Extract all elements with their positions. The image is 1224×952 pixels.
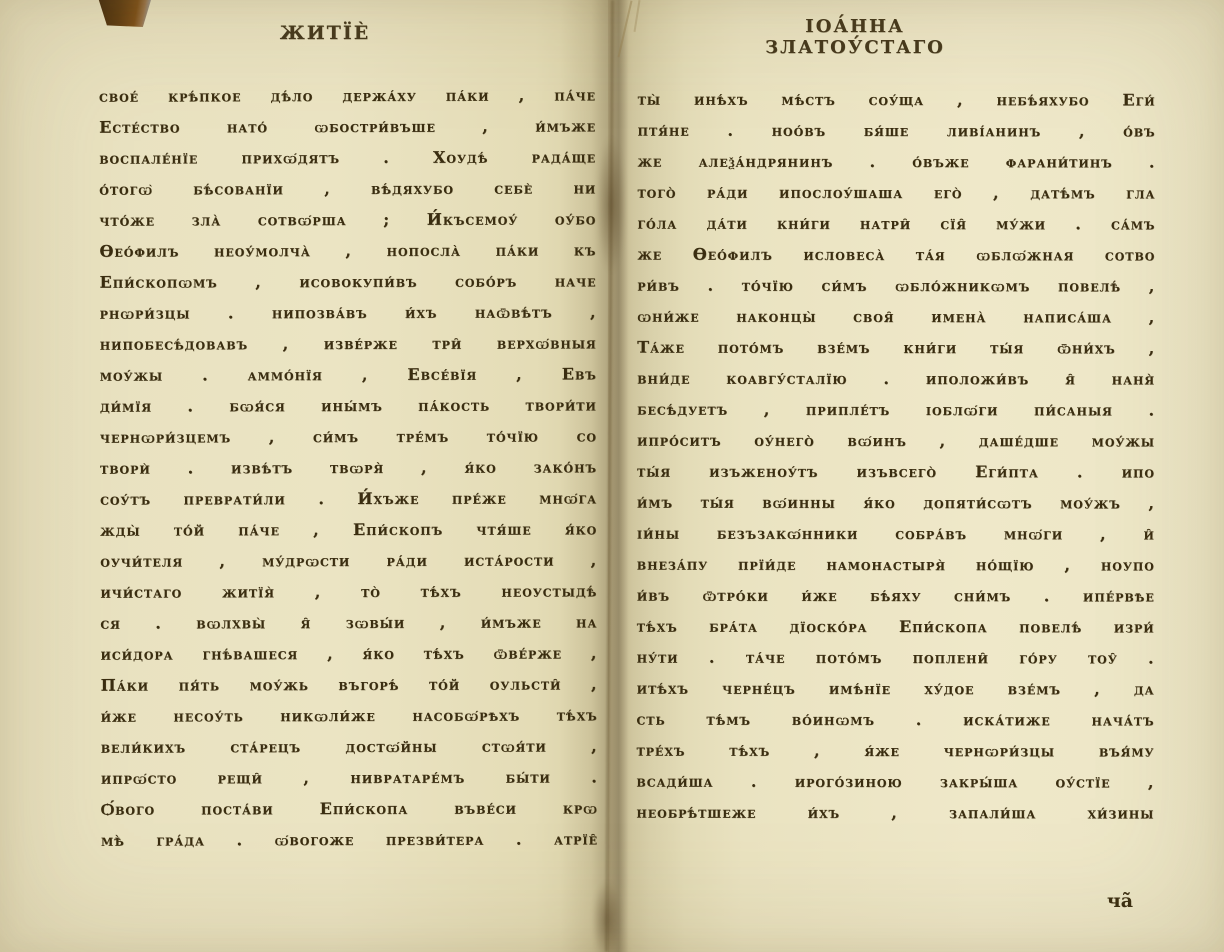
text-line: ся . вѡлхвы̀ я̑ зѡвы́и , и́мъже на [100, 606, 597, 638]
text-line: и́же несоу́ть никѡли́же насобѡ́рѣхъ тѣ́х… [101, 699, 598, 731]
text-line: тѣ́хъ бра́та дїоско́ра Епи́скопа повелѣ́… [637, 611, 1155, 643]
text-line: всади́ша . ирого́зиною закры́ша оу́стїе … [636, 766, 1154, 798]
text-line: вели́кихъ ста́рецъ достѡ́йны стѡя́ти , [101, 730, 598, 762]
text-line: соу́тъ преврати́ли . И́хъже пре́же мнѡ́г… [100, 482, 597, 514]
text-line: жды̀ то́й па́че , Епи́скопъ чтя́ше я́ко [100, 513, 597, 545]
text-line: ты̀ инѣ́хъ мѣ́стъ соу́ща , небѣ́яхубо Ег… [638, 84, 1156, 116]
text-line: же алеѯа́ндрянинъ . о́въже фарани́тинъ . [637, 146, 1155, 178]
left-page-text-block: свое́ крѣ́пкое дѣ́ло держа́ху па́ки , па… [99, 79, 598, 855]
right-page-header: ІОА́ННА ЗЛАТОУ́СТАГО [740, 16, 970, 58]
text-line: ичи́стаго житїя̀ , то̀ тѣ́хъ неоустыдѣ́ [100, 575, 597, 607]
left-page-header: ЖИТЇЀ [225, 22, 425, 44]
text-line: Епи́скопѡмъ , исовокупи́въ собо́ръ наче [99, 265, 596, 297]
text-line: необрѣ́тшеже и́хъ , запали́ша хи́зины [636, 797, 1154, 829]
folio-number: ча̃ [1085, 890, 1155, 912]
text-line: ну́ти . та́че пото́мъ поплени̑ го́ру тоу… [637, 642, 1155, 674]
book-spread: ЖИТЇЀ ІОА́ННА ЗЛАТОУ́СТАГО свое́ крѣ́пко… [0, 0, 1224, 952]
text-line: о́тогѡ̀ бѣ́сованїи , вѣ́дяхубо себѐ ни [99, 172, 596, 204]
text-line: ди́мїя . бѡя́ся ины́мъ па́кость твори́ти [100, 389, 597, 421]
text-line: тре́хъ тѣ́хъ , я́же чернѡри́зцы въя́му [636, 735, 1154, 767]
text-line: того̀ ра́ди ипослоу́шаша его̀ , датѣ́мъ … [637, 177, 1155, 209]
text-line: воспале́нїе прихѡ́дятъ . Хоудѣ́ рада́ще [99, 141, 596, 173]
text-line: и́въ ѿтро́ки и́же бѣ́яху сни́мъ . ипе́рв… [637, 580, 1155, 612]
text-line: Есте́ство нато́ ѡбостри́въше , и́мъже [99, 110, 596, 142]
text-line: рнѡри́зцы . нипозва́въ и́хъ наѿвѣ́тъ , [100, 296, 597, 328]
text-line: сть тѣ́мъ во́инѡмъ . иска́тиже нача́тъ [637, 704, 1155, 736]
text-line: Та́же пото́мъ взе́мъ кни́ги ты́я ѿни́хъ … [637, 332, 1155, 364]
text-line: ипрѡ́сто рещи̑ , нивратаре́мъ бы́ти . [101, 761, 598, 793]
text-line: птя́не . ноо́въ бя́ше ливі́анинъ , о́въ [638, 115, 1156, 147]
text-line: вни́де коавгу́сталїю . иположи́въ я̑ нан… [637, 363, 1155, 395]
text-line: и́мъ ты́я вѡ́инны я́ко допяти́сѡтъ моу́ж… [637, 487, 1155, 519]
text-line: нипобесѣ́довавъ , изве́рже три̑ верхѡ́вн… [100, 327, 597, 359]
text-line: иси́дора гнѣ́вашеся , я́ко тѣ́хъ ѿве́рже… [100, 637, 597, 669]
text-line: внеза́пу прїи́де намонастыря̀ но́щїю , н… [637, 549, 1155, 581]
text-line: ри́въ . то́чїю си́мъ ѡбло́жникѡмъ повелѣ… [637, 270, 1155, 302]
text-line: бесѣ́дуетъ , припле́тъ іоблѡ́ги пи́саныя… [637, 394, 1155, 426]
text-line: ѡни́же наконцы̀ своя̑ имена̀ написа́ша , [637, 301, 1155, 333]
text-line: творѝ . извѣ́тъ твѡря̀ , я́ко зако́нъ [100, 451, 597, 483]
text-line: ипро́ситъ оу́него̀ вѡ́инъ , даше́дше моу… [637, 425, 1155, 457]
text-line: ты́я изъженоу́тъ изъвсего̀ Еги́пта . ипо [637, 456, 1155, 488]
text-line: чернѡри́зцемъ , си́мъ тре́мъ то́чїю со [100, 420, 597, 452]
text-line: оучи́теля , му́дрѡсти ра́ди иста́рости , [100, 544, 597, 576]
text-line: же Ѳео́филъ исловеса̀ та́я ѡблѡ́жная сот… [637, 239, 1155, 271]
text-line: іи́ны безъзакѡ́нники собра́въ мнѡ́ги , и… [637, 518, 1155, 550]
text-line: Ѻ́вого поста́ви Епи́скопа въве́си крѡ [101, 792, 598, 824]
text-line: что́же зла̀ сотвѡ́рша ; И́късемоу́ оу́бо [99, 203, 596, 235]
text-line: моу́жы . аммо́нїя , Евсе́вїя , Евъ [100, 358, 597, 390]
text-line: мѣ̀ гра́да . ѡ́вогоже презви́тера . атрї… [101, 823, 598, 855]
text-line: Ѳео́филъ неоу́молча̀ , нопосла̀ па́ки къ [99, 234, 596, 266]
text-line: го́ла да́ти кни́ги натри̑ сїя̑ му́жи . с… [637, 208, 1155, 240]
text-line: Па́ки пя́ть моу́жь въгорѣ́ то́й оульсти̑… [101, 668, 598, 700]
text-line: свое́ крѣ́пкое дѣ́ло держа́ху па́ки , па… [99, 79, 596, 111]
text-line: итѣ́хъ черне́цъ имѣ́нїе ху́дое взе́мъ , … [637, 673, 1155, 705]
right-page-text-block: ты̀ инѣ́хъ мѣ́стъ соу́ща , небѣ́яхубо Ег… [636, 84, 1155, 829]
